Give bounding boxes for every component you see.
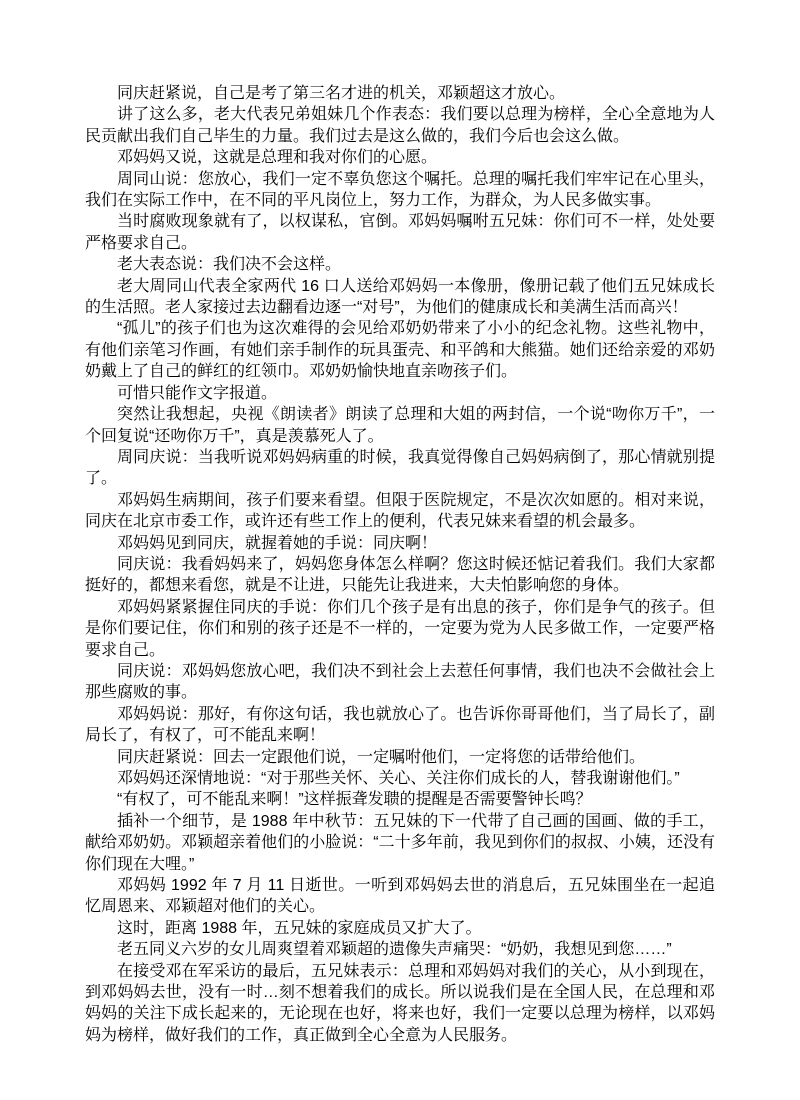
paragraph: 邓妈妈说：那好，有你这句话，我也就放心了。也告诉你哥哥他们，当了局长了，副局长了… <box>85 704 715 747</box>
paragraph: 当时腐败现象就有了，以权谋私，官倒。邓妈妈嘱咐五兄妹：你们可不一样，处处要严格要… <box>85 211 715 254</box>
paragraph: 同庆说：邓妈妈您放心吧，我们决不到社会上去惹任何事情，我们也决不会做社会上那些腐… <box>85 661 715 704</box>
paragraph: 突然让我想起，央视《朗读者》朗读了总理和大姐的两封信，一个说“吻你万千”，一个回… <box>85 404 715 447</box>
paragraph: 邓妈妈又说，这就是总理和我对你们的心愿。 <box>85 147 715 168</box>
paragraph: 老大表态说：我们决不会这样。 <box>85 254 715 275</box>
paragraph: 插补一个细节，是 1988 年中秋节：五兄妹的下一代带了自己画的国画、做的手工，… <box>85 811 715 875</box>
paragraph: 邓妈妈紧紧握住同庆的手说：你们几个孩子是有出息的孩子，你们是争气的孩子。但是你们… <box>85 597 715 661</box>
paragraph: 同庆说：我看妈妈来了，妈妈您身体怎么样啊？您这时候还惦记着我们。我们大家都挺好的… <box>85 554 715 597</box>
paragraph: 老大周同山代表全家两代 16 口人送给邓妈妈一本像册，像册记载了他们五兄妹成长的… <box>85 276 715 319</box>
paragraph: 同庆赶紧说：回去一定跟他们说，一定嘱咐他们，一定将您的话带给他们。 <box>85 747 715 768</box>
paragraph: 可惜只能作文字报道。 <box>85 383 715 404</box>
paragraph: 邓妈妈见到同庆，就握着她的手说：同庆啊！ <box>85 533 715 554</box>
paragraph: 周同庆说：当我听说邓妈妈病重的时候，我真觉得像自己妈妈病倒了，那心情就别提了。 <box>85 447 715 490</box>
paragraph: 讲了这么多，老大代表兄弟姐妹几个作表态：我们要以总理为榜样，全心全意地为人民贡献… <box>85 104 715 147</box>
paragraph: 老五同义六岁的女儿周爽望着邓颖超的遗像失声痛哭：“奶奶，我想见到您……” <box>85 939 715 960</box>
paragraph: “孤儿”的孩子们也为这次难得的会见给邓奶奶带来了小小的纪念礼物。这些礼物中，有他… <box>85 318 715 382</box>
paragraph: 周同山说：您放心，我们一定不辜负您这个嘱托。总理的嘱托我们牢牢记在心里头，我们在… <box>85 169 715 212</box>
paragraph: 这时，距离 1988 年，五兄妹的家庭成员又扩大了。 <box>85 918 715 939</box>
paragraph: 在接受邓在军采访的最后，五兄妹表示：总理和邓妈妈对我们的关心，从小到现在，到邓妈… <box>85 961 715 1047</box>
document-text-body: 同庆赶紧说，自己是考了第三名才进的机关，邓颖超这才放心。讲了这么多，老大代表兄弟… <box>85 83 715 1046</box>
paragraph: 邓妈妈生病期间，孩子们要来看望。但限于医院规定，不是次次如愿的。相对来说，同庆在… <box>85 490 715 533</box>
paragraph: 同庆赶紧说，自己是考了第三名才进的机关，邓颖超这才放心。 <box>85 83 715 104</box>
document-page: 同庆赶紧说，自己是考了第三名才进的机关，邓颖超这才放心。讲了这么多，老大代表兄弟… <box>0 0 800 1100</box>
paragraph: 邓妈妈 1992 年 7 月 11 日逝世。一听到邓妈妈去世的消息后，五兄妹围坐… <box>85 875 715 918</box>
paragraph: “有权了，可不能乱来啊！”这样振聋发聩的提醒是否需要警钟长鸣？ <box>85 789 715 810</box>
paragraph: 邓妈妈还深情地说：“对于那些关怀、关心、关注你们成长的人，替我谢谢他们。” <box>85 768 715 789</box>
